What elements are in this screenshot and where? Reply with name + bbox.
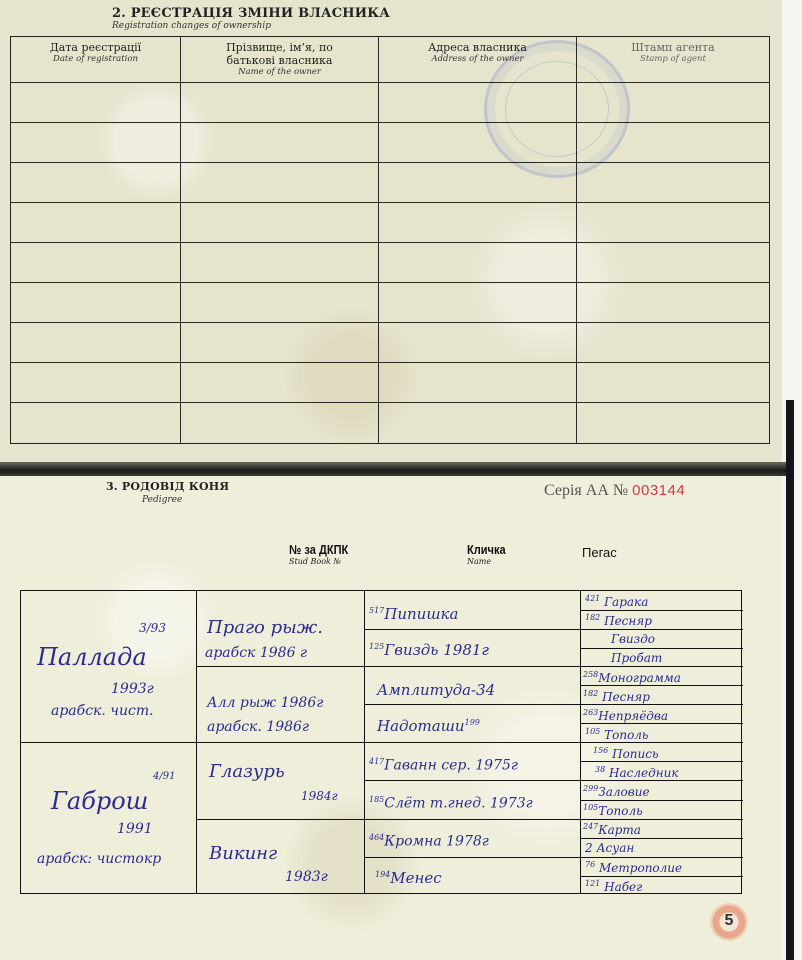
gg-grandparent-10: 38 Наследник: [595, 765, 679, 780]
stud-book-label: № за ДКПК Stud Book №: [289, 542, 359, 566]
table-cell: [11, 163, 181, 203]
table-cell: [577, 323, 769, 363]
gg-grandparent-16: 121 Набег: [585, 879, 642, 894]
great-grandparent-1: 517Пипишка: [369, 605, 458, 623]
gg-grandparent-3: Гвиздо: [611, 632, 655, 646]
great-grandparent-4: Надоташи199: [377, 717, 480, 735]
table-cell: [577, 363, 769, 403]
gg-grandparent-9: 156 Попись: [593, 746, 659, 761]
gg-grandparent-14: 2 Асуан: [585, 841, 634, 855]
table-cell: [379, 363, 577, 403]
table-cell: [11, 283, 181, 323]
series-number: Серія АА № 003144: [544, 482, 685, 500]
table-cell: [577, 283, 769, 323]
registration-subtitle: Registration changes of ownership: [112, 21, 271, 31]
great-grandparent-6: 185Слёт т.гнед. 1973г: [369, 795, 533, 812]
page-number: 5: [706, 912, 752, 930]
pedigree-title: 3. РОДОВІД КОНЯ: [106, 480, 229, 493]
table-cell: [11, 363, 181, 403]
header-owner-name: Прізвище, ім’я, по батькові власника Nam…: [181, 37, 379, 83]
table-cell: [11, 83, 181, 123]
gg-grandparent-4: Пробат: [611, 651, 662, 665]
gg-grandparent-2: 182 Песняр: [585, 613, 652, 628]
table-cell: [181, 363, 379, 403]
gg-grandparent-6: 182 Песняр: [583, 689, 650, 704]
table-cell: [577, 123, 769, 163]
table-cell: [11, 123, 181, 163]
table-cell: [181, 203, 379, 243]
pedigree-subtitle: Pedigree: [142, 495, 182, 505]
gg-grandparent-11: 299Заловие: [583, 784, 650, 799]
registration-title: 2. РЕЄСТРАЦІЯ ЗМІНИ ВЛАСНИКА: [112, 6, 390, 21]
header-date: Дата реєстрації Date of registration: [11, 37, 181, 83]
table-cell: [379, 403, 577, 443]
great-grandparent-7: 464Кромна 1978г: [369, 833, 489, 850]
great-grandparent-2: 125Гвиздь 1981г: [369, 641, 489, 659]
gg-grandparent-8: 105 Тополь: [585, 727, 648, 742]
great-grandparent-8: 194Менес: [375, 869, 442, 887]
gg-grandparent-5: 258Монограмма: [583, 670, 681, 685]
table-cell: [181, 123, 379, 163]
table-cell: [577, 203, 769, 243]
series-label: Серія АА №: [544, 482, 628, 499]
pedigree-grid: 3/93 Паллада 1993г арабск. чист. 4/91 Га…: [20, 590, 742, 894]
great-grandparent-3: Амплитуда-34: [377, 681, 495, 699]
page-edge: [786, 400, 794, 960]
table-cell: [181, 163, 379, 203]
table-cell: [11, 323, 181, 363]
gg-grandparent-1: 421 Гарака: [585, 594, 648, 609]
horse-name-label: Кличка Name: [467, 542, 512, 566]
table-cell: [181, 83, 379, 123]
table-cell: [379, 243, 577, 283]
gg-grandparent-12: 105Тополь: [583, 803, 643, 818]
registration-table: Дата реєстрації Date of registration Прі…: [10, 36, 770, 444]
table-cell: [181, 403, 379, 443]
great-grandparent-5: 417Гаванн сер. 1975г: [369, 757, 518, 774]
table-cell: [577, 163, 769, 203]
table-cell: [181, 323, 379, 363]
table-cell: [379, 163, 577, 203]
table-cell: [379, 123, 577, 163]
table-cell: [181, 283, 379, 323]
gg-grandparent-15: 76 Метрополие: [585, 860, 682, 875]
table-cell: [379, 83, 577, 123]
table-cell: [577, 243, 769, 283]
header-agent-stamp: Штамп агента Stamp of agent: [577, 37, 769, 83]
table-cell: [379, 323, 577, 363]
book-binding: [0, 462, 790, 476]
page-number-badge: 5: [706, 903, 752, 943]
table-cell: [577, 403, 769, 443]
series-value: 003144: [632, 482, 685, 499]
table-cell: [11, 403, 181, 443]
horse-name-value: Пегас: [582, 545, 617, 560]
table-cell: [11, 203, 181, 243]
table-cell: [11, 243, 181, 283]
table-cell: [577, 83, 769, 123]
gg-grandparent-13: 247Карта: [583, 822, 641, 837]
table-cell: [379, 283, 577, 323]
table-cell: [181, 243, 379, 283]
table-cell: [379, 203, 577, 243]
gg-grandparent-7: 263Непряёдва: [583, 708, 668, 723]
header-owner-address: Адреса власника Address of the owner: [379, 37, 577, 83]
